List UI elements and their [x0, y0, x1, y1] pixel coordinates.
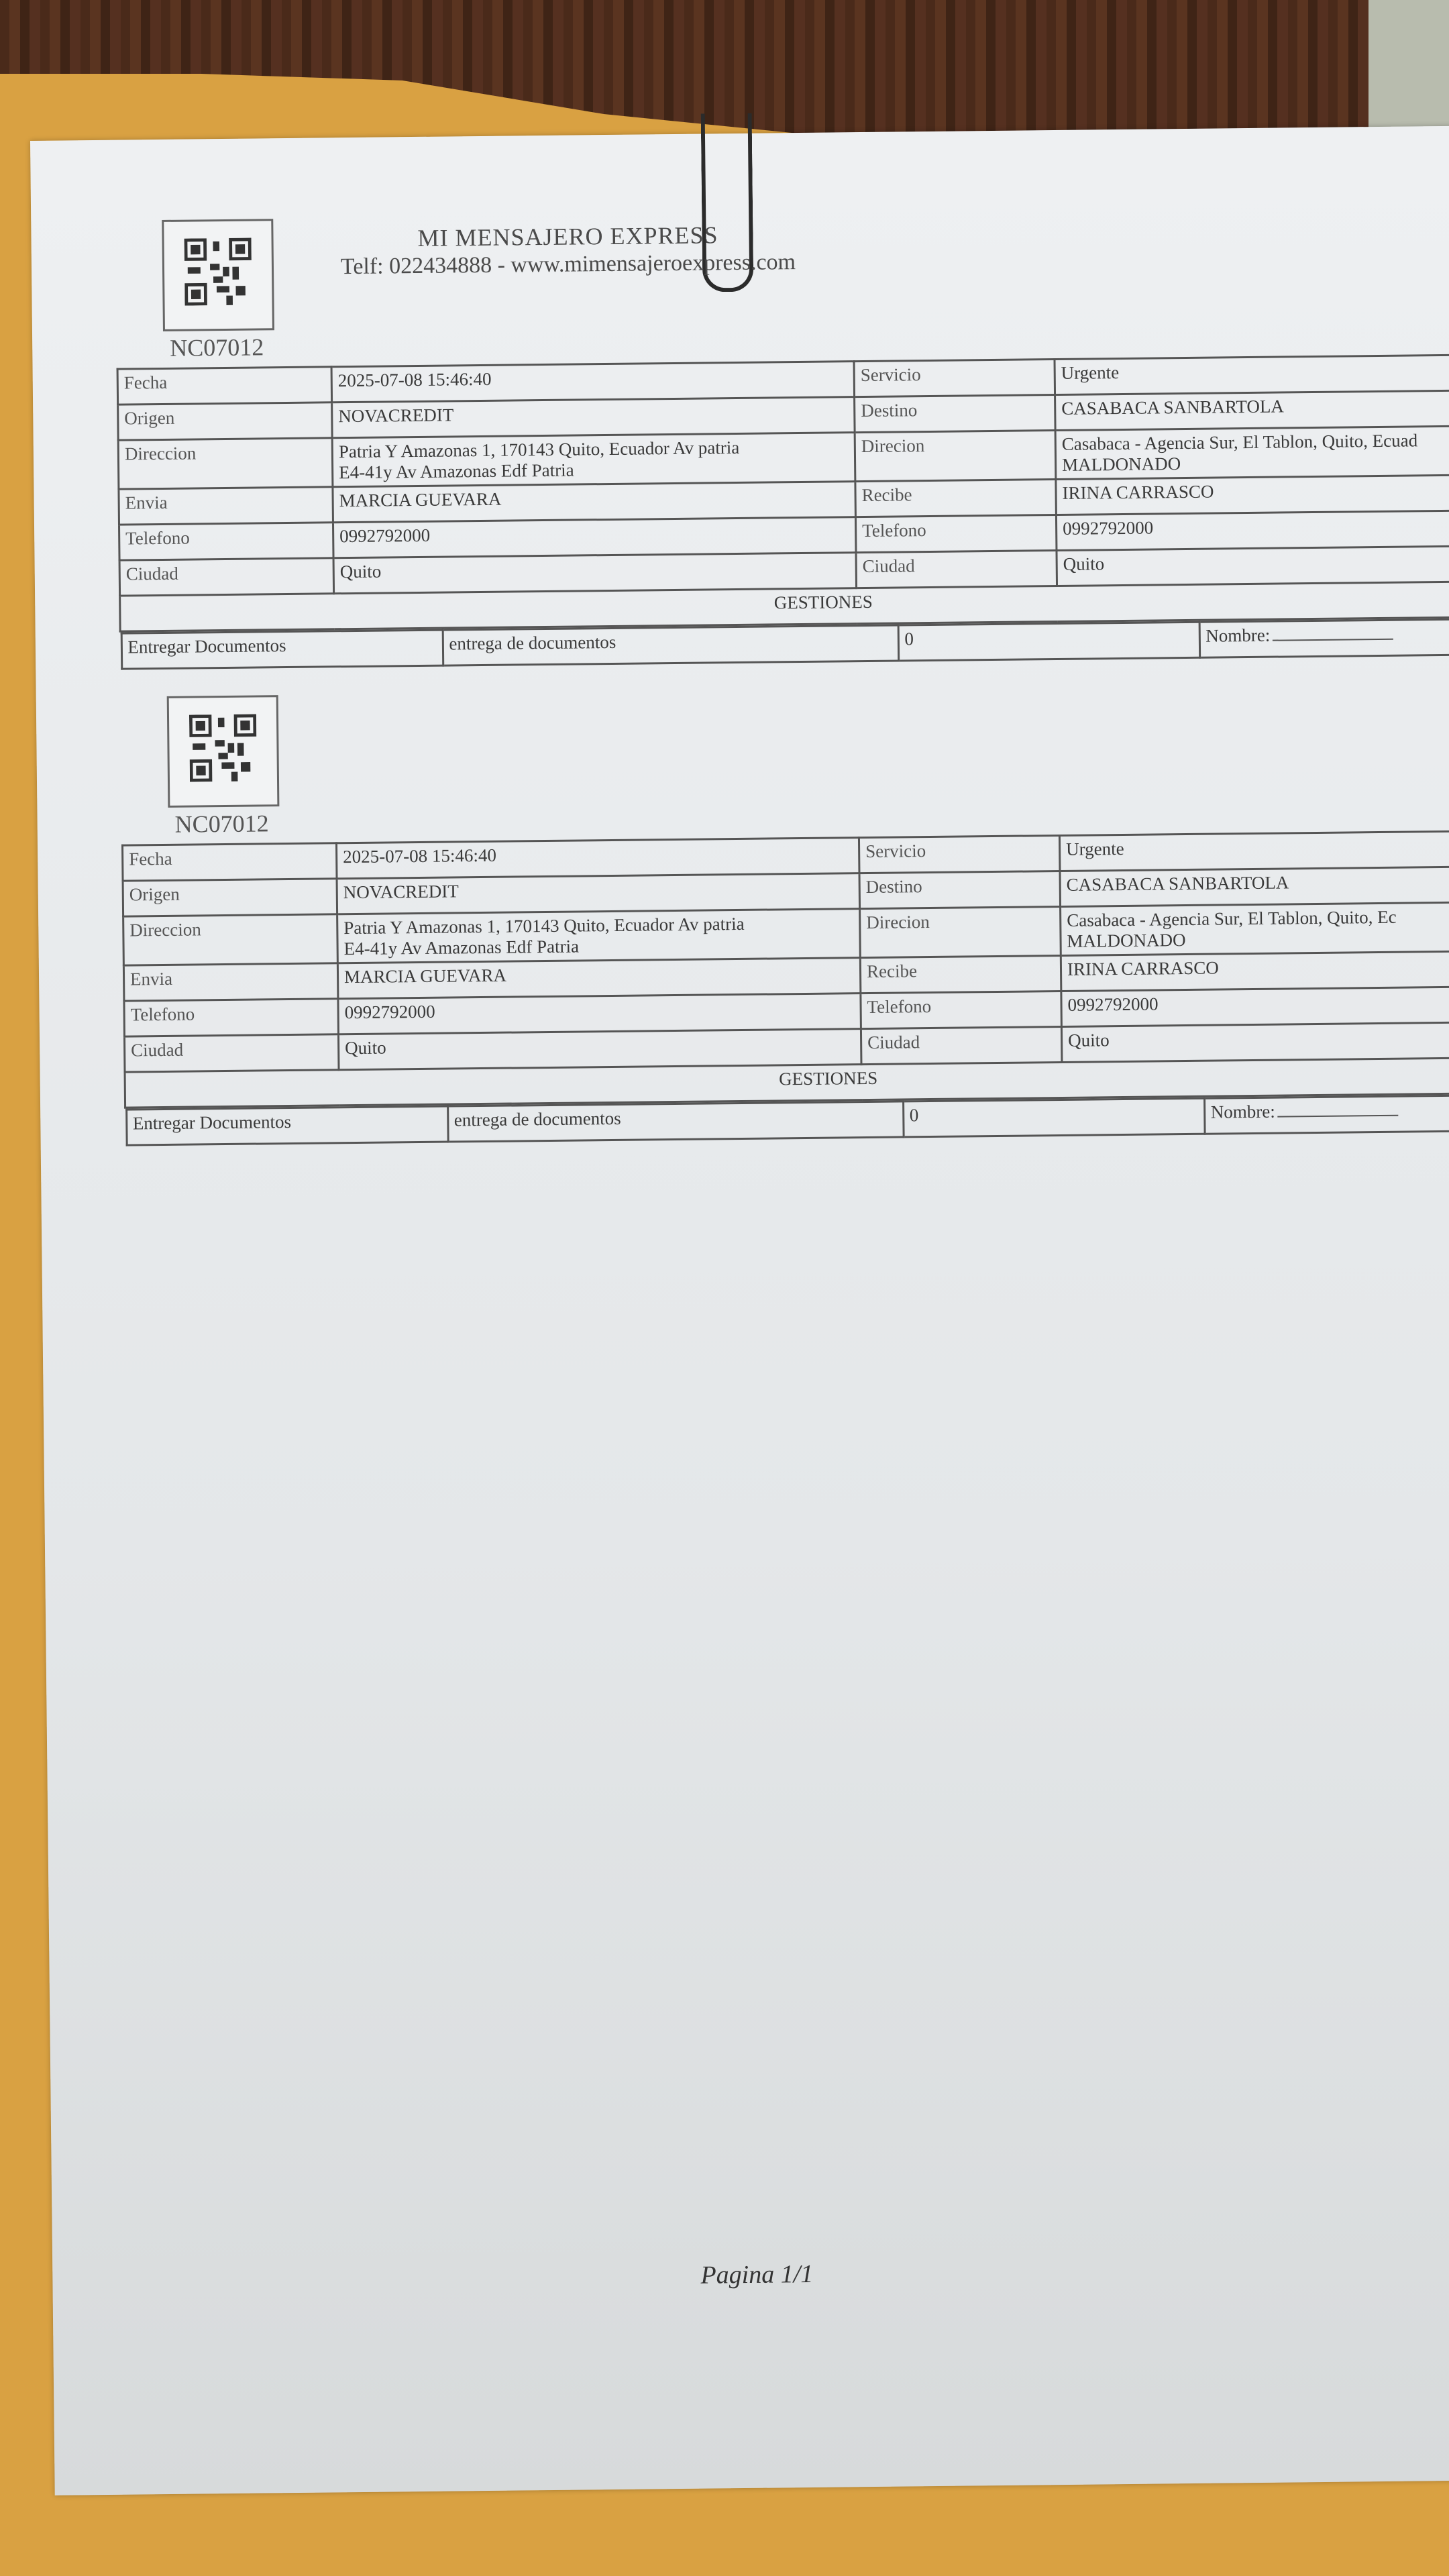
gestion-tipo: Entregar Documentos [126, 1106, 448, 1145]
origen-label: Origen [123, 879, 337, 916]
guide-number: NC07012 [170, 333, 264, 362]
gestion-cantidad: 0 [898, 622, 1200, 661]
recibe-label: Recibe [855, 480, 1057, 517]
shipment-table: Fecha 2025-07-08 15:46:40 Servicio Urgen… [121, 830, 1449, 1146]
telefono-label: Telefono [124, 999, 339, 1036]
nombre-label: Nombre: [1205, 625, 1270, 646]
ciudad-dest-label: Ciudad [856, 551, 1057, 588]
qr-code-icon [184, 238, 252, 306]
envia-label: Envia [123, 963, 338, 1001]
direccion-line-2: E4-41y Av Amazonas Edf Patria [339, 457, 849, 483]
direcion-dest-line-1: Casabaca - Agencia Sur, El Tablon, Quito… [1062, 429, 1449, 455]
telefono-dest-label: Telefono [855, 515, 1057, 553]
guide-number: NC07012 [174, 809, 268, 838]
qr-code [162, 219, 274, 331]
direcion-dest-line-2: MALDONADO [1062, 450, 1449, 476]
gestion-descripcion: entrega de documentos [447, 1102, 904, 1142]
origen-label: Origen [118, 402, 333, 440]
telefono-dest-value: 0992792000 [1056, 510, 1449, 550]
nombre-line [1278, 1115, 1399, 1118]
direccion-label: Direccion [118, 438, 333, 489]
servicio-value: Urgente [1055, 354, 1449, 394]
direcion-dest-label: Direcion [855, 431, 1056, 482]
direcion-dest-line-2: MALDONADO [1067, 926, 1449, 952]
fecha-label: Fecha [117, 367, 332, 405]
direccion-label: Direccion [123, 914, 338, 965]
gestion-tipo: Entregar Documentos [121, 630, 443, 669]
fecha-value: 2025-07-08 15:46:40 [331, 362, 855, 402]
gestion-cantidad: 0 [903, 1098, 1205, 1137]
servicio-label: Servicio [859, 835, 1060, 873]
ciudad-dest-value: Quito [1057, 545, 1449, 586]
qr-code-icon [189, 714, 257, 782]
servicio-value: Urgente [1059, 830, 1449, 871]
wall-background [1368, 0, 1449, 134]
guide-block: NC07012 Fecha 2025-07-08 15:46:40 Servic… [120, 682, 1449, 697]
ciudad-label: Ciudad [124, 1034, 339, 1072]
direcion-dest-line-1: Casabaca - Agencia Sur, El Tablon, Quito… [1067, 906, 1449, 931]
envia-label: Envia [119, 487, 333, 525]
servicio-label: Servicio [854, 360, 1055, 397]
ciudad-label: Ciudad [119, 558, 334, 596]
destino-label: Destino [859, 871, 1061, 908]
fecha-label: Fecha [123, 843, 337, 881]
ciudad-value: Quito [338, 1029, 861, 1070]
envia-value: MARCIA GUEVARA [333, 482, 856, 523]
ciudad-dest-value: Quito [1061, 1022, 1449, 1062]
direcion-dest-label: Direcion [860, 906, 1061, 957]
ciudad-value: Quito [333, 553, 857, 594]
shipment-table: Fecha 2025-07-08 15:46:40 Servicio Urgen… [117, 354, 1449, 670]
qr-code [167, 695, 280, 808]
telefono-label: Telefono [119, 523, 333, 560]
destino-label: Destino [855, 395, 1056, 433]
direcion-dest-value: Casabaca - Agencia Sur, El Tablon, Quito… [1061, 902, 1449, 955]
telefono-value: 0992792000 [333, 517, 856, 558]
recibe-label: Recibe [860, 955, 1061, 993]
recibe-value: IRINA CARRASCO [1061, 951, 1449, 991]
direccion-value: Patria Y Amazonas 1, 170143 Quito, Ecuad… [337, 909, 861, 963]
destino-value: CASABACA SANBARTOLA [1060, 866, 1449, 906]
delivery-sheet: MI MENSAJERO EXPRESS Telf: 022434888 - w… [30, 125, 1449, 2495]
direcion-dest-value: Casabaca - Agencia Sur, El Tablon, Quito… [1055, 425, 1449, 479]
guide-block: NC07012 Fecha 2025-07-08 15:46:40 Servic… [115, 206, 1449, 221]
nombre-field: Nombre: [1199, 619, 1449, 657]
page-number: Pagina 1/1 [52, 2253, 1449, 2297]
direccion-line-2: E4-41y Av Amazonas Edf Patria [343, 933, 853, 959]
fecha-value: 2025-07-08 15:46:40 [336, 838, 859, 879]
nombre-field: Nombre: [1204, 1095, 1449, 1134]
nombre-line [1273, 639, 1393, 641]
destino-value: CASABACA SANBARTOLA [1055, 390, 1449, 430]
gestion-descripcion: entrega de documentos [443, 625, 899, 665]
telefono-dest-label: Telefono [861, 991, 1062, 1028]
recibe-value: IRINA CARRASCO [1056, 474, 1449, 515]
ciudad-dest-label: Ciudad [861, 1026, 1062, 1064]
telefono-dest-value: 0992792000 [1061, 986, 1449, 1026]
origen-value: NOVACREDIT [337, 873, 860, 914]
direccion-value: Patria Y Amazonas 1, 170143 Quito, Ecuad… [332, 433, 855, 487]
nombre-label: Nombre: [1211, 1102, 1275, 1122]
envia-value: MARCIA GUEVARA [337, 958, 861, 999]
telefono-value: 0992792000 [338, 994, 861, 1034]
origen-value: NOVACREDIT [332, 397, 855, 438]
